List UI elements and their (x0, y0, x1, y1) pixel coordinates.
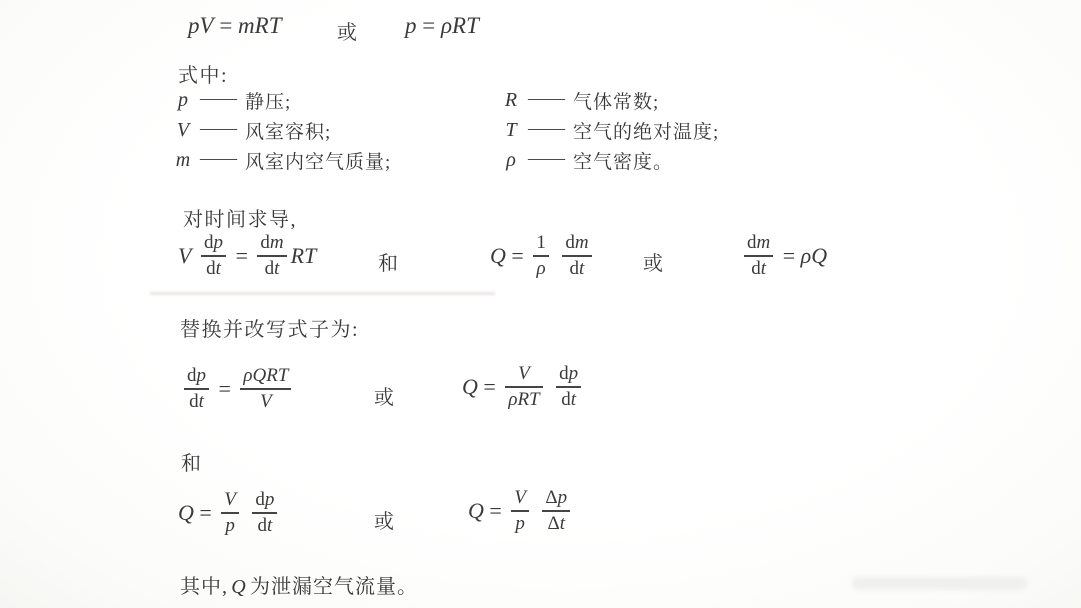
where-label: 式中: (178, 59, 228, 88)
definition-row-r: R —— 气体常数; (503, 85, 719, 115)
formula-q-1rho-dmdt: Q = 1ρ dmdt (490, 232, 596, 279)
definition-desc-r: 气体常数; (573, 87, 659, 114)
definition-row-t: T —— 空气的绝对温度; (503, 115, 719, 145)
definition-dash: —— (528, 148, 564, 170)
formula-ideal-gas-density: p = ρRT (405, 13, 479, 39)
formula-dpdt-rhoqrt-v: dpdt = ρQRTV (180, 365, 295, 412)
symbol-m: m (175, 149, 191, 172)
definition-dash: —— (200, 88, 236, 110)
definition-row-p: p —— 静压; (175, 85, 391, 115)
derive-time-label: 对时间求导, (183, 203, 297, 232)
definition-dash: —— (528, 88, 564, 110)
document-page: pV = mRT 或 p = ρRT 式中: p —— 静压; V —— 风室容… (0, 0, 1081, 608)
and-connector: 和 (378, 247, 400, 276)
definition-dash: —— (200, 148, 236, 170)
formula-q-v-rhort-dpdt: Q = VρRT dpdt (462, 363, 585, 410)
symbol-t: T (503, 119, 519, 142)
replace-label: 替换并改写式子为: (180, 313, 359, 342)
definition-row-m: m —— 风室内空气质量; (175, 145, 391, 175)
or-connector-2: 或 (643, 247, 665, 276)
or-connector-1: 或 (337, 16, 359, 45)
symbol-r: R (503, 89, 519, 112)
formula-v-dpdt-dmdt-rt: V dpdt = dmdtRT (178, 232, 316, 279)
scan-smudge-artifact (852, 577, 1027, 590)
definition-row-v: V —— 风室容积; (175, 115, 391, 145)
formula-q-vp-dpdt: Q = Vp dpdt (178, 489, 281, 536)
formula-ideal-gas-mass: pV = mRT (188, 13, 282, 39)
definition-desc-t: 空气的绝对温度; (573, 117, 719, 144)
definition-desc-m: 风室内空气质量; (245, 147, 391, 174)
or-connector-3: 或 (374, 381, 396, 410)
formula-q-vp-deltap-deltat: Q = Vp ΔpΔt (468, 487, 574, 534)
formula-dmdt-rhoq: dmdt = ρQ (740, 232, 827, 279)
definition-desc-p: 静压; (245, 87, 291, 114)
definition-desc-rho: 空气密度。 (573, 147, 673, 174)
definition-desc-v: 风室容积; (245, 117, 331, 144)
definitions-right: R —— 气体常数; T —— 空气的绝对温度; ρ —— 空气密度。 (503, 85, 719, 175)
or-connector-4: 或 (374, 505, 396, 534)
note-prefix: 其中, (180, 570, 228, 599)
definition-dash: —— (528, 118, 564, 140)
note-line: 其中, Q 为泄漏空气流量。 (180, 570, 418, 599)
definition-dash: —— (200, 118, 236, 140)
definition-row-rho: ρ —— 空气密度。 (503, 145, 719, 175)
and-label: 和 (181, 447, 203, 476)
symbol-v: V (175, 119, 191, 142)
definitions-left: p —— 静压; V —— 风室容积; m —— 风室内空气质量; (175, 85, 391, 175)
note-suffix: 为泄漏空气流量。 (250, 570, 418, 599)
symbol-rho: ρ (503, 149, 519, 172)
note-symbol-q: Q (231, 576, 247, 599)
scan-streak-artifact (150, 292, 495, 295)
symbol-p: p (175, 89, 191, 112)
